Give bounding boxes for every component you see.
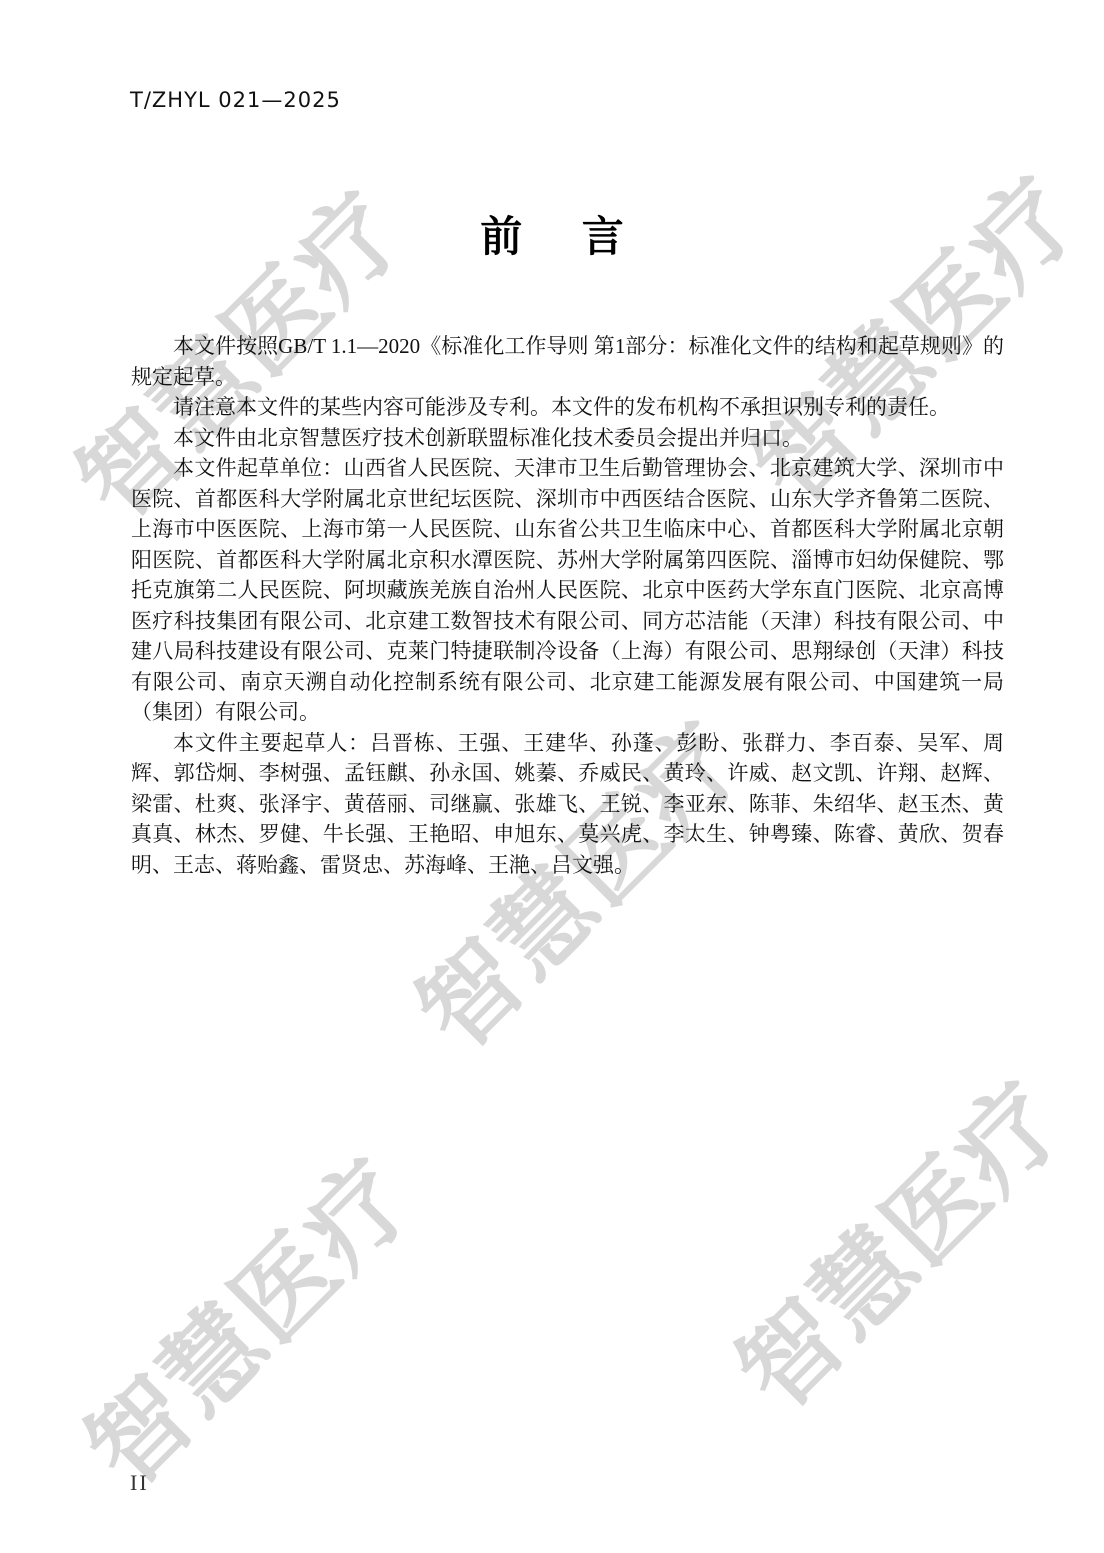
page-title: 前 言: [0, 204, 1104, 264]
foreword-paragraph-drafting-organizations: 本文件起草单位：山西省人民医院、天津市卫生后勤管理协会、北京建筑大学、深圳市中医…: [131, 453, 1004, 728]
foreword-paragraph-patent-notice: 请注意本文件的某些内容可能涉及专利。本文件的发布机构不承担识别专利的责任。: [131, 392, 1004, 423]
foreword-paragraph-issuer: 本文件由北京智慧医疗技术创新联盟标准化技术委员会提出并归口。: [131, 423, 1004, 454]
foreword-content: 本文件按照GB/T 1.1—2020《标准化工作导则 第1部分：标准化文件的结构…: [131, 331, 1004, 880]
watermark: 智慧医疗: [700, 1045, 1090, 1435]
foreword-paragraph-basis: 本文件按照GB/T 1.1—2020《标准化工作导则 第1部分：标准化文件的结构…: [131, 331, 1004, 392]
page-number: II: [130, 1470, 149, 1496]
document-page: 智慧医疗 智慧医疗 智慧医疗 智慧医疗 智慧医疗 T/ZHYL 021—2025…: [0, 0, 1104, 1553]
watermark: 智慧医疗: [49, 1122, 439, 1512]
doc-code: T/ZHYL 021—2025: [130, 88, 341, 112]
foreword-paragraph-main-drafters: 本文件主要起草人：吕晋栋、王强、王建华、孙蓬、彭盼、张群力、李百泰、吴军、周辉、…: [131, 728, 1004, 881]
